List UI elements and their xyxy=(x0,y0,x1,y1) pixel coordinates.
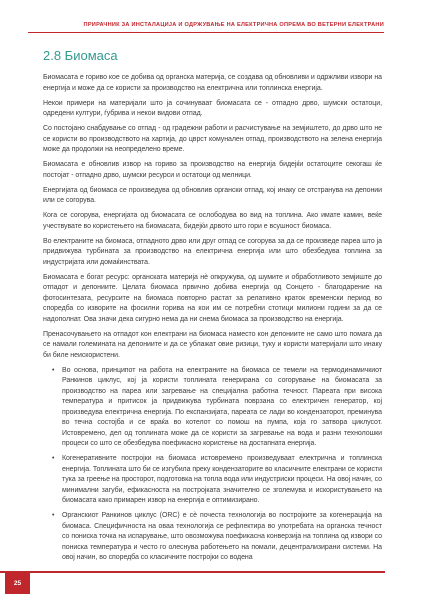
document-page: ПРИРАЧНИК ЗА ИНСТАЛАЦИЈА И ОДРЖУВАЊЕ НА … xyxy=(0,0,422,599)
page-number-box: 25 xyxy=(5,573,30,594)
bullet-icon: • xyxy=(52,366,54,377)
header-title: ПРИРАЧНИК ЗА ИНСТАЛАЦИЈА И ОДРЖУВАЊЕ НА … xyxy=(28,22,384,29)
page-number: 25 xyxy=(14,580,21,587)
footer-divider xyxy=(0,571,385,573)
body-paragraph: Биомасата е богат ресурс: органската мат… xyxy=(43,273,382,326)
bullet-item: • Органскиот Ранкинов циклус (ORC) е сè … xyxy=(52,511,382,564)
body-paragraph: Биомасата е гориво кое се добива од орга… xyxy=(43,73,382,94)
page-header: ПРИРАЧНИК ЗА ИНСТАЛАЦИЈА И ОДРЖУВАЊЕ НА … xyxy=(28,22,384,33)
body-paragraph: Со постојано снабдување со отпад - од гр… xyxy=(43,124,382,156)
bullet-icon: • xyxy=(52,454,54,465)
section-heading: 2.8 Биомаса xyxy=(43,48,382,63)
bullet-text: Когенеративните постројки на биомаса ист… xyxy=(62,455,382,504)
bullet-list: • Во основа, принципот на работа на елек… xyxy=(43,366,382,564)
body-paragraph: Биомасата е обновлив извор на гориво за … xyxy=(43,160,382,181)
header-divider xyxy=(28,32,384,34)
body-paragraph: Кога се согорува, енергијата од биомасат… xyxy=(43,211,382,232)
body-paragraph: Енергијата од биомаса се произведува од … xyxy=(43,186,382,207)
bullet-text: Органскиот Ранкинов циклус (ORC) е сè по… xyxy=(62,512,382,561)
page-content: 2.8 Биомаса Биомасата е гориво кое се до… xyxy=(43,42,382,568)
bullet-item: • Во основа, принципот на работа на елек… xyxy=(52,366,382,450)
bullet-item: • Когенеративните постројки на биомаса и… xyxy=(52,454,382,507)
bullet-text: Во основа, принципот на работа на електр… xyxy=(62,367,382,448)
bullet-icon: • xyxy=(52,511,54,522)
body-paragraph: Во електраните на биомаса, отпадното дрв… xyxy=(43,237,382,269)
body-paragraph: Пренасочувањето на отпадот кон електрани… xyxy=(43,330,382,362)
body-paragraph: Некои примери на материјали што ја сочин… xyxy=(43,99,382,120)
